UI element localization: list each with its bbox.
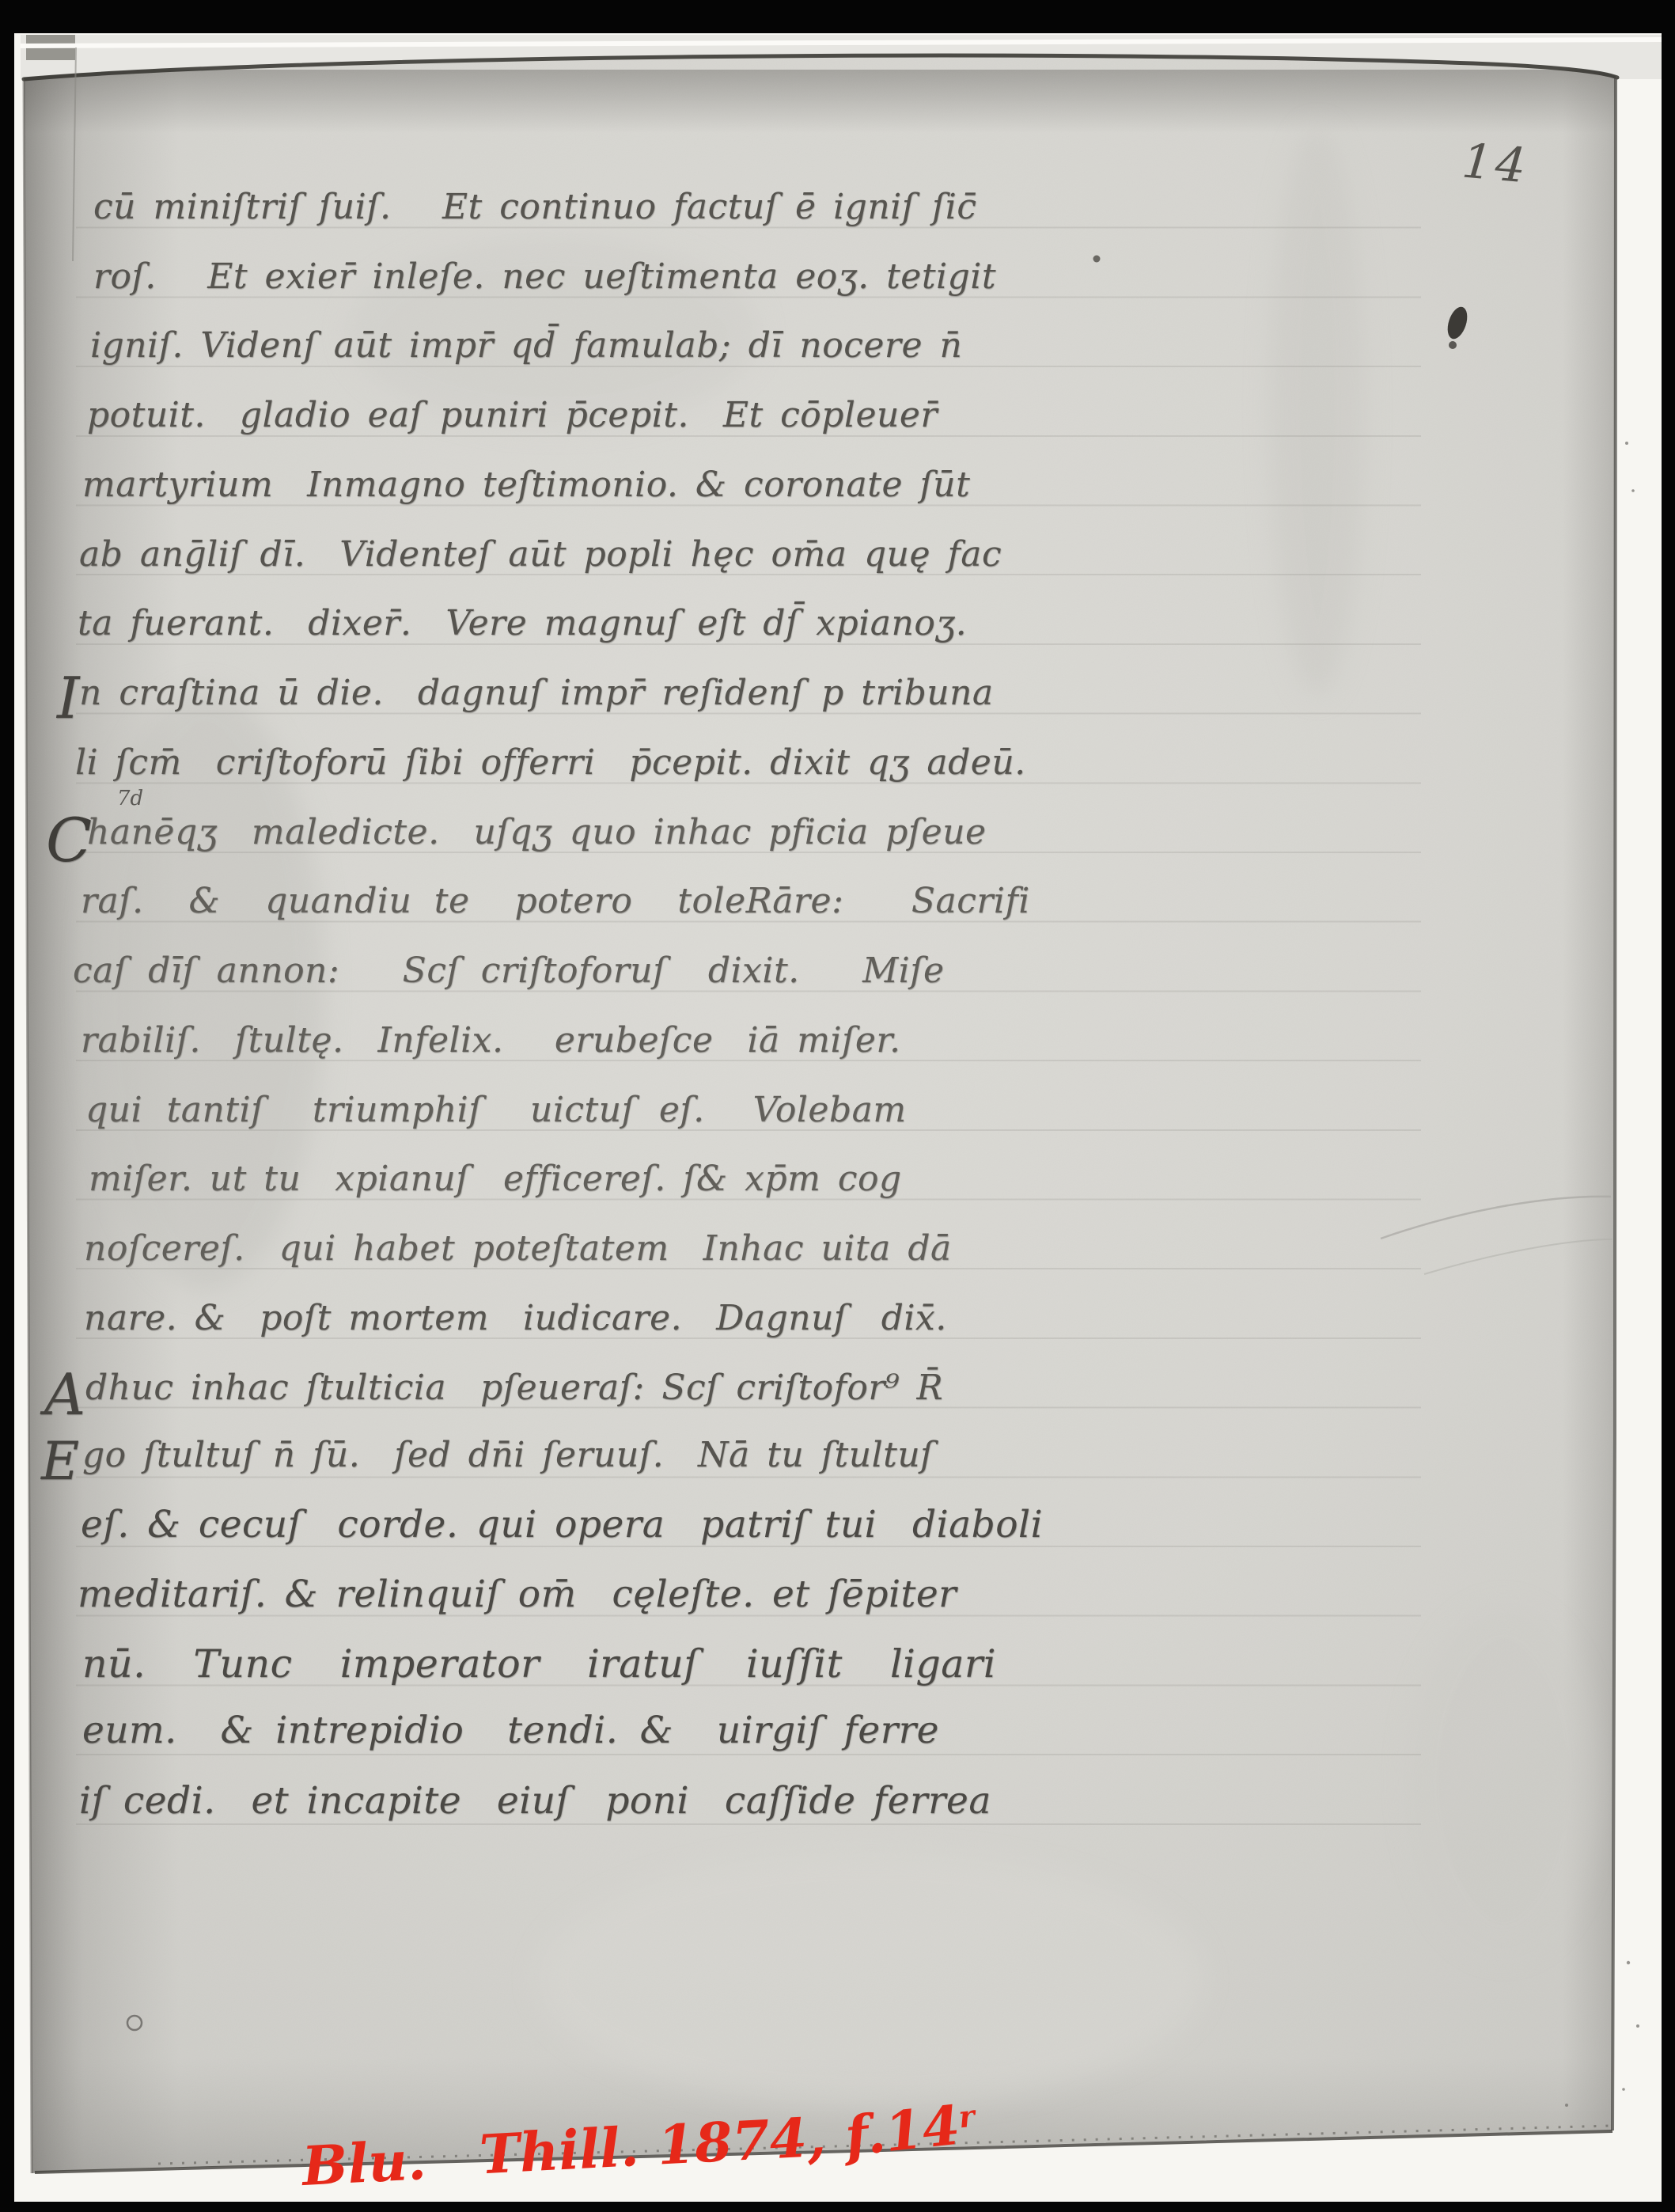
- manuscript-line: dhuc inhac ſtulticia pſeueraſ: Scſ criſt…: [85, 1371, 943, 1406]
- shelfmark-folio-text: f.14: [842, 2094, 963, 2169]
- manuscript-line: miſer. ut tu xpianuſ efficereſ. ſ& xp̄m …: [89, 1162, 902, 1197]
- manuscript-line: n craſtina ū die. dagnuſ impr̄ reſidenſ …: [79, 676, 994, 711]
- manuscript-line: ta fuerant. dixer̄. Vere magnuſ eſt dſ̄ …: [78, 606, 967, 641]
- marginal-initial-C: C: [46, 810, 92, 871]
- shelfmark-annotation-number: Thill. 1874,: [479, 2111, 828, 2183]
- manuscript-line: martyrium Inmagno teſtimonio. & coronate…: [82, 468, 970, 503]
- manuscript-line: eſ. & cecuſ corde. qui opera patriſ tui …: [81, 1506, 1043, 1543]
- manuscript-line: rabiliſ. ſtultę. Infelix. erubeſce iā mi…: [81, 1023, 901, 1058]
- manuscript-line: potuit. gladio eaſ puniri p̄cepit. Et cō…: [87, 398, 938, 433]
- manuscript-line: roſ. Et exier̄ inleſe. nec ueſtimenta eo…: [93, 260, 996, 294]
- manuscript-text: cū miniſtriſ ſuiſ. Et continuo factuſ ē …: [0, 0, 1675, 2212]
- marginal-initial-A: A: [44, 1366, 85, 1423]
- manuscript-line: igniſ. Videnſ aūt impr̄ qd̄ famulab; dī …: [90, 328, 962, 363]
- manuscript-line: qui tantiſ triumphiſ uictuſ eſ. Volebam: [85, 1093, 907, 1128]
- manuscript-line: eum. & intrepidio tendi. & uirgiſ ferre: [82, 1712, 939, 1749]
- manuscript-line: nū. Tunc imperator iratuſ iuſſit ligari: [82, 1645, 996, 1683]
- manuscript-line: hanēqʒ maledicte. uſqʒ quo inhac pficia …: [87, 815, 987, 850]
- interlinear-correction: 7d: [117, 788, 143, 809]
- shelfmark-annotation-folio: f.14r: [843, 2097, 978, 2165]
- photo-of-manuscript: cū miniſtriſ ſuiſ. Et continuo factuſ ē …: [0, 0, 1675, 2212]
- manuscript-line: li ſcm̄ criſtoforū ſibi offerri p̄cepit.…: [75, 746, 1026, 780]
- manuscript-line: cū miniſtriſ ſuiſ. Et continuo factuſ ē …: [93, 190, 977, 225]
- manuscript-line: meditariſ. & relinquiſ om̄ cęleſte. et ſ…: [78, 1576, 957, 1613]
- marginal-initial-I: I: [57, 670, 79, 727]
- folio-number: 14: [1460, 133, 1531, 194]
- manuscript-line: go ſtultuſ n̄ ſū. ſed dn̄i ſeruuſ. Nā tu…: [82, 1438, 934, 1473]
- manuscript-line: nare. & poſt mortem iudicare. Dagnuſ dix…: [84, 1301, 947, 1336]
- manuscript-line: noſcereſ. qui habet poteſtatem Inhac uit…: [84, 1231, 952, 1266]
- manuscript-line: caſ dīſ annon: Scſ criſtoforuſ dixit. Mi…: [73, 954, 945, 988]
- shelfmark-annotation-collection: Blu.: [301, 2134, 427, 2194]
- marginal-initial-E: E: [41, 1436, 79, 1488]
- manuscript-line: raſ. & quandiu te potero toleRāre: Sacri…: [81, 884, 1030, 919]
- manuscript-line: ab anḡliſ dī. Videnteſ aūt popli hęc om̄…: [79, 537, 1002, 572]
- manuscript-line: iſ cedi. et incapite eiuſ poni caſſide f…: [79, 1782, 991, 1819]
